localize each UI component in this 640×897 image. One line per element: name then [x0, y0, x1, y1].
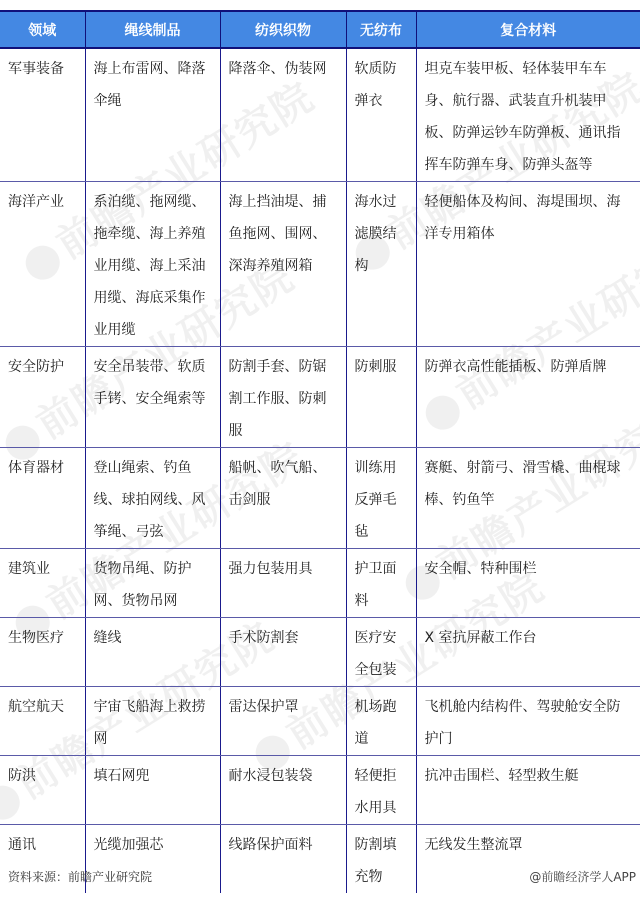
- cell-textile: 手术防割套: [220, 618, 346, 687]
- materials-application-table: 领域 绳线制品 纺织织物 无纺布 复合材料 军事装备 海上布雷网、降落伞绳 降落…: [0, 10, 640, 893]
- cell-nonwoven: 训练用反弹毛毡: [346, 448, 416, 549]
- cell-rope: 缝线: [85, 618, 220, 687]
- cell-field: 海洋产业: [0, 182, 85, 347]
- cell-nonwoven: 护卫面料: [346, 549, 416, 618]
- cell-rope: 安全吊装带、软质手铐、安全绳索等: [85, 347, 220, 448]
- cell-composite: 坦克车装甲板、轻体装甲车车身、航行器、武装直升机装甲板、防弹运钞车防弹板、通讯指…: [416, 48, 640, 182]
- column-header-composite: 复合材料: [416, 11, 640, 48]
- cell-field: 生物医疗: [0, 618, 85, 687]
- table-row: 安全防护 安全吊装带、软质手铐、安全绳索等 防割手套、防锯割工作服、防刺服 防刺…: [0, 347, 640, 448]
- table-row: 航空航天 宇宙飞船海上救捞网 雷达保护罩 机场跑道 飞机舱内结构件、驾驶舱安全防…: [0, 687, 640, 756]
- cell-composite: 飞机舱内结构件、驾驶舱安全防护门: [416, 687, 640, 756]
- cell-textile: 耐水浸包装袋: [220, 756, 346, 825]
- table-row: 生物医疗 缝线 手术防割套 医疗安全包装 X 室抗屏蔽工作台: [0, 618, 640, 687]
- table-row: 军事装备 海上布雷网、降落伞绳 降落伞、伪装网 软质防弹衣 坦克车装甲板、轻体装…: [0, 48, 640, 182]
- cell-textile: 强力包装用具: [220, 549, 346, 618]
- column-header-field: 领域: [0, 11, 85, 48]
- cell-field: 体育器材: [0, 448, 85, 549]
- cell-rope: 海上布雷网、降落伞绳: [85, 48, 220, 182]
- cell-field: 航空航天: [0, 687, 85, 756]
- table-row: 海洋产业 系泊缆、拖网缆、拖牵缆、海上养殖业用缆、海上采油用缆、海底采集作业用缆…: [0, 182, 640, 347]
- cell-field: 防洪: [0, 756, 85, 825]
- cell-field: 安全防护: [0, 347, 85, 448]
- credit-note: @前瞻经济学人APP: [529, 868, 636, 885]
- table-row: 防洪 填石网兜 耐水浸包装袋 轻便拒水用具 抗冲击围栏、轻型救生艇: [0, 756, 640, 825]
- cell-nonwoven: 机场跑道: [346, 687, 416, 756]
- cell-rope: 系泊缆、拖网缆、拖牵缆、海上养殖业用缆、海上采油用缆、海底采集作业用缆: [85, 182, 220, 347]
- cell-composite: 轻便船体及构间、海堤围坝、海洋专用箱体: [416, 182, 640, 347]
- cell-textile: 降落伞、伪装网: [220, 48, 346, 182]
- cell-composite: 赛艇、射箭弓、滑雪橇、曲棍球棒、钓鱼竿: [416, 448, 640, 549]
- cell-rope: 货物吊绳、防护网、货物吊网: [85, 549, 220, 618]
- cell-nonwoven: 医疗安全包装: [346, 618, 416, 687]
- source-note: 资料来源：前瞻产业研究院: [8, 868, 152, 885]
- table-row: 建筑业 货物吊绳、防护网、货物吊网 强力包装用具 护卫面料 安全帽、特种围栏: [0, 549, 640, 618]
- cell-composite: X 室抗屏蔽工作台: [416, 618, 640, 687]
- column-header-rope: 绳线制品: [85, 11, 220, 48]
- cell-rope: 登山绳索、钓鱼线、球拍网线、风筝绳、弓弦: [85, 448, 220, 549]
- cell-textile: 海上挡油堤、捕鱼拖网、围网、深海养殖网箱: [220, 182, 346, 347]
- cell-nonwoven: 轻便拒水用具: [346, 756, 416, 825]
- table-row: 体育器材 登山绳索、钓鱼线、球拍网线、风筝绳、弓弦 船帆、吹气船、击剑服 训练用…: [0, 448, 640, 549]
- column-header-nonwoven: 无纺布: [346, 11, 416, 48]
- cell-textile: 雷达保护罩: [220, 687, 346, 756]
- cell-field: 建筑业: [0, 549, 85, 618]
- cell-composite: 安全帽、特种围栏: [416, 549, 640, 618]
- column-header-textile: 纺织织物: [220, 11, 346, 48]
- cell-composite: 抗冲击围栏、轻型救生艇: [416, 756, 640, 825]
- footer: 资料来源：前瞻产业研究院 @前瞻经济学人APP: [8, 868, 636, 885]
- table-header-row: 领域 绳线制品 纺织织物 无纺布 复合材料: [0, 11, 640, 48]
- cell-nonwoven: 防刺服: [346, 347, 416, 448]
- cell-nonwoven: 海水过滤膜结构: [346, 182, 416, 347]
- cell-rope: 填石网兜: [85, 756, 220, 825]
- cell-composite: 防弹衣高性能插板、防弹盾牌: [416, 347, 640, 448]
- cell-textile: 船帆、吹气船、击剑服: [220, 448, 346, 549]
- cell-rope: 宇宙飞船海上救捞网: [85, 687, 220, 756]
- cell-nonwoven: 软质防弹衣: [346, 48, 416, 182]
- cell-field: 军事装备: [0, 48, 85, 182]
- cell-textile: 防割手套、防锯割工作服、防刺服: [220, 347, 346, 448]
